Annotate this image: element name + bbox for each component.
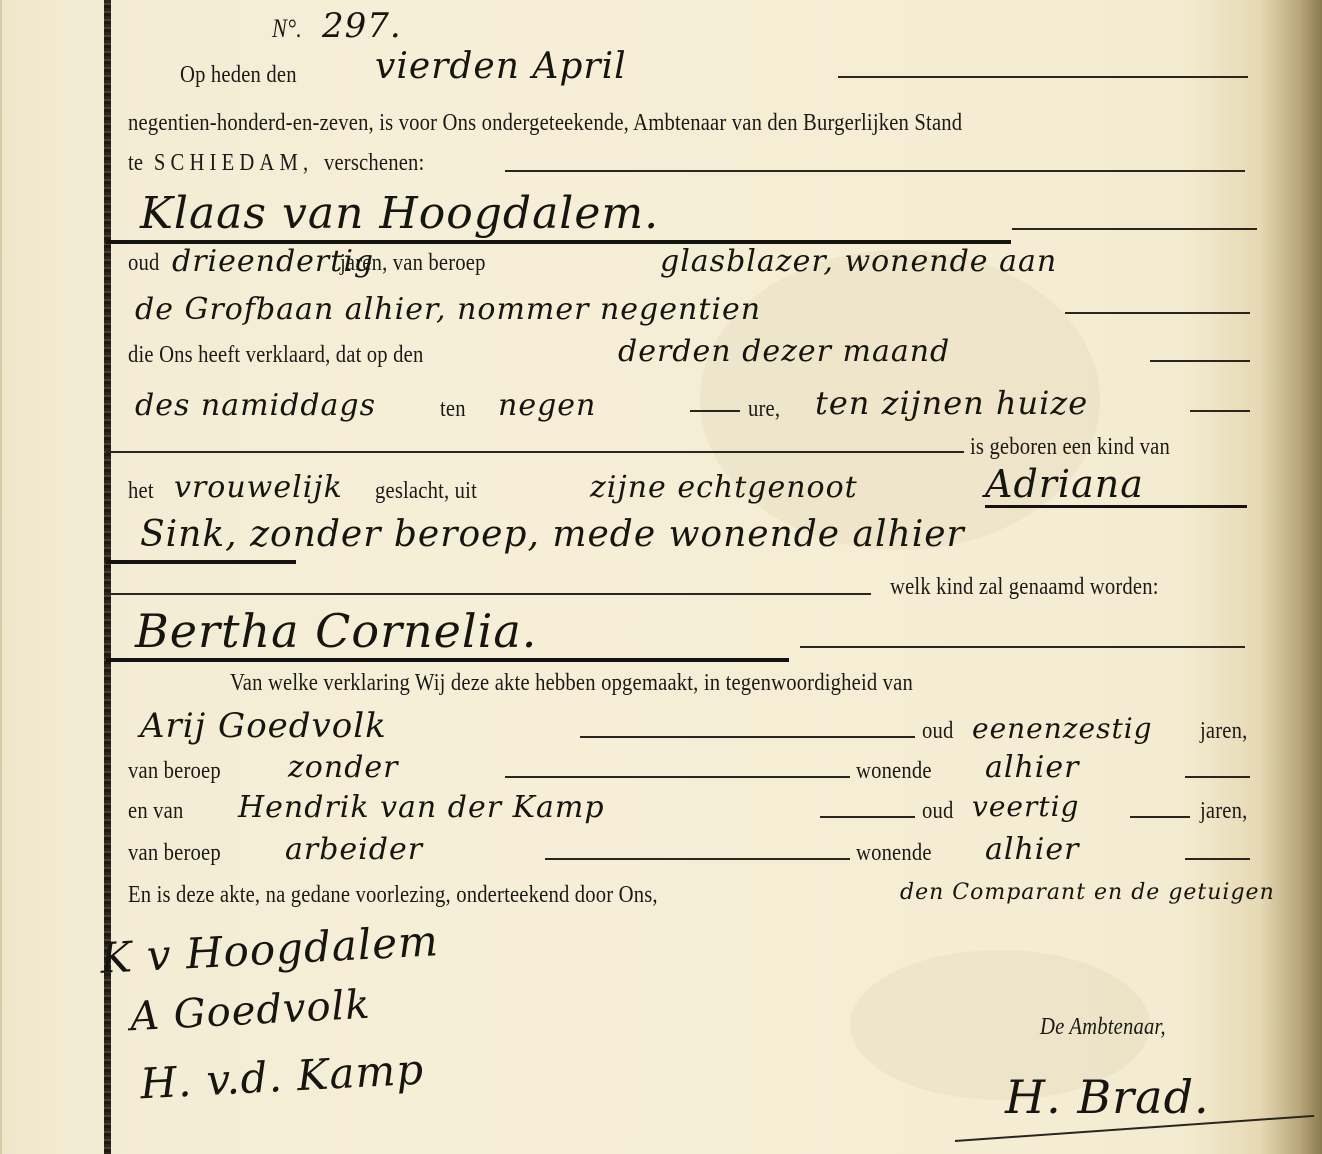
spouse-label: zijne echtgenoot — [590, 470, 858, 505]
fill-line — [580, 736, 915, 738]
official-label: De Ambtenaar, — [1040, 1014, 1166, 1041]
w1-beroep-label: van beroep — [128, 758, 221, 785]
birth-place: ten zijnen huize — [815, 384, 1088, 422]
witness1-name: Arij Goedvolk — [140, 706, 387, 746]
mother-details: Sink, zonder beroep, mede wonende alhier — [140, 514, 965, 555]
closing-text: En is deze akte, na gedane voorlezing, o… — [128, 882, 658, 909]
year-official-text: negentien-honderd-en-zeven, is voor Ons … — [128, 110, 962, 137]
fill-line — [690, 410, 740, 412]
signature-witness2: H. v.d. Kamp — [139, 1045, 425, 1109]
witness1-residence: alhier — [985, 750, 1080, 785]
closing-handwritten: den Comparant en de getuigen — [900, 880, 1275, 905]
witness2-residence: alhier — [985, 832, 1080, 867]
witness1-age: eenenzestig — [972, 712, 1153, 745]
fill-line — [838, 76, 1248, 78]
ten-label: ten — [440, 396, 466, 423]
fill-line — [1065, 312, 1250, 314]
ure-label: ure, — [748, 396, 780, 423]
het-label: het — [128, 478, 154, 505]
page-edge — [0, 0, 2, 1154]
fill-line — [106, 593, 871, 595]
signature-official: H. Brad. — [1005, 1070, 1210, 1124]
declarant-address: de Grofbaan alhier, nommer negentien — [135, 292, 761, 327]
fill-line — [1185, 858, 1250, 860]
w1-wonende-label: wonende — [856, 758, 932, 785]
number-label: N°. — [272, 14, 302, 44]
fill-line — [1185, 776, 1250, 778]
witness1-occupation: zonder — [288, 750, 399, 785]
w2-oud-label: oud — [922, 798, 953, 825]
w1-oud-label: oud — [922, 718, 953, 745]
fill-line — [1130, 816, 1190, 818]
fill-line — [106, 451, 964, 453]
witnesses-intro: Van welke verklaring Wij deze akte hebbe… — [230, 670, 913, 697]
date-handwritten: vierden April — [375, 46, 627, 87]
declarant-name: Klaas van Hoogdalem. — [140, 188, 659, 239]
fill-line — [545, 858, 850, 860]
declaration-text: die Ons heeft verklaard, dat op den — [128, 342, 423, 369]
birth-hour: negen — [498, 388, 596, 423]
record-number: 297. — [322, 6, 402, 46]
name-underline — [985, 505, 1247, 508]
fill-line — [505, 776, 850, 778]
witness2-occupation: arbeider — [285, 832, 423, 867]
fill-line — [800, 646, 1245, 648]
intro-text: Op heden den — [180, 62, 297, 89]
location-text: te SCHIEDAM, verschenen: — [128, 150, 424, 177]
child-name: Bertha Cornelia. — [135, 604, 537, 658]
born-text: is geboren een kind van — [970, 434, 1170, 461]
fill-line — [820, 816, 915, 818]
w2-beroep-label: van beroep — [128, 840, 221, 867]
sex-label: geslacht, uit — [375, 478, 477, 505]
age-label: oud — [128, 250, 159, 277]
w2-wonende-label: wonende — [856, 840, 932, 867]
declarant-occupation: glasblazer, wonende aan — [660, 244, 1057, 279]
name-label-text: welk kind zal genaamd worden: — [890, 574, 1159, 601]
name-underline — [106, 560, 296, 564]
child-sex: vrouwelijk — [174, 470, 343, 505]
w1-jaren-label: jaren, — [1200, 718, 1247, 745]
fill-line — [505, 170, 1245, 172]
fill-line — [1012, 228, 1257, 230]
w2-prefix: en van — [128, 798, 183, 825]
witness2-age: veertig — [972, 790, 1079, 823]
fill-line — [1190, 410, 1250, 412]
occupation-label: jaren, van beroep — [340, 250, 486, 277]
witness2-name: Hendrik van der Kamp — [238, 790, 605, 825]
signature-declarant: K v Hoogdalem — [99, 916, 440, 983]
birth-time-of-day: des namiddags — [135, 388, 376, 423]
name-underline — [106, 658, 789, 662]
w2-jaren-label: jaren, — [1200, 798, 1247, 825]
fill-line — [1150, 360, 1250, 362]
signature-witness1: A Goedvolk — [129, 982, 372, 1041]
mother-first-name: Adriana — [985, 462, 1144, 506]
birth-date: derden dezer maand — [618, 334, 950, 369]
